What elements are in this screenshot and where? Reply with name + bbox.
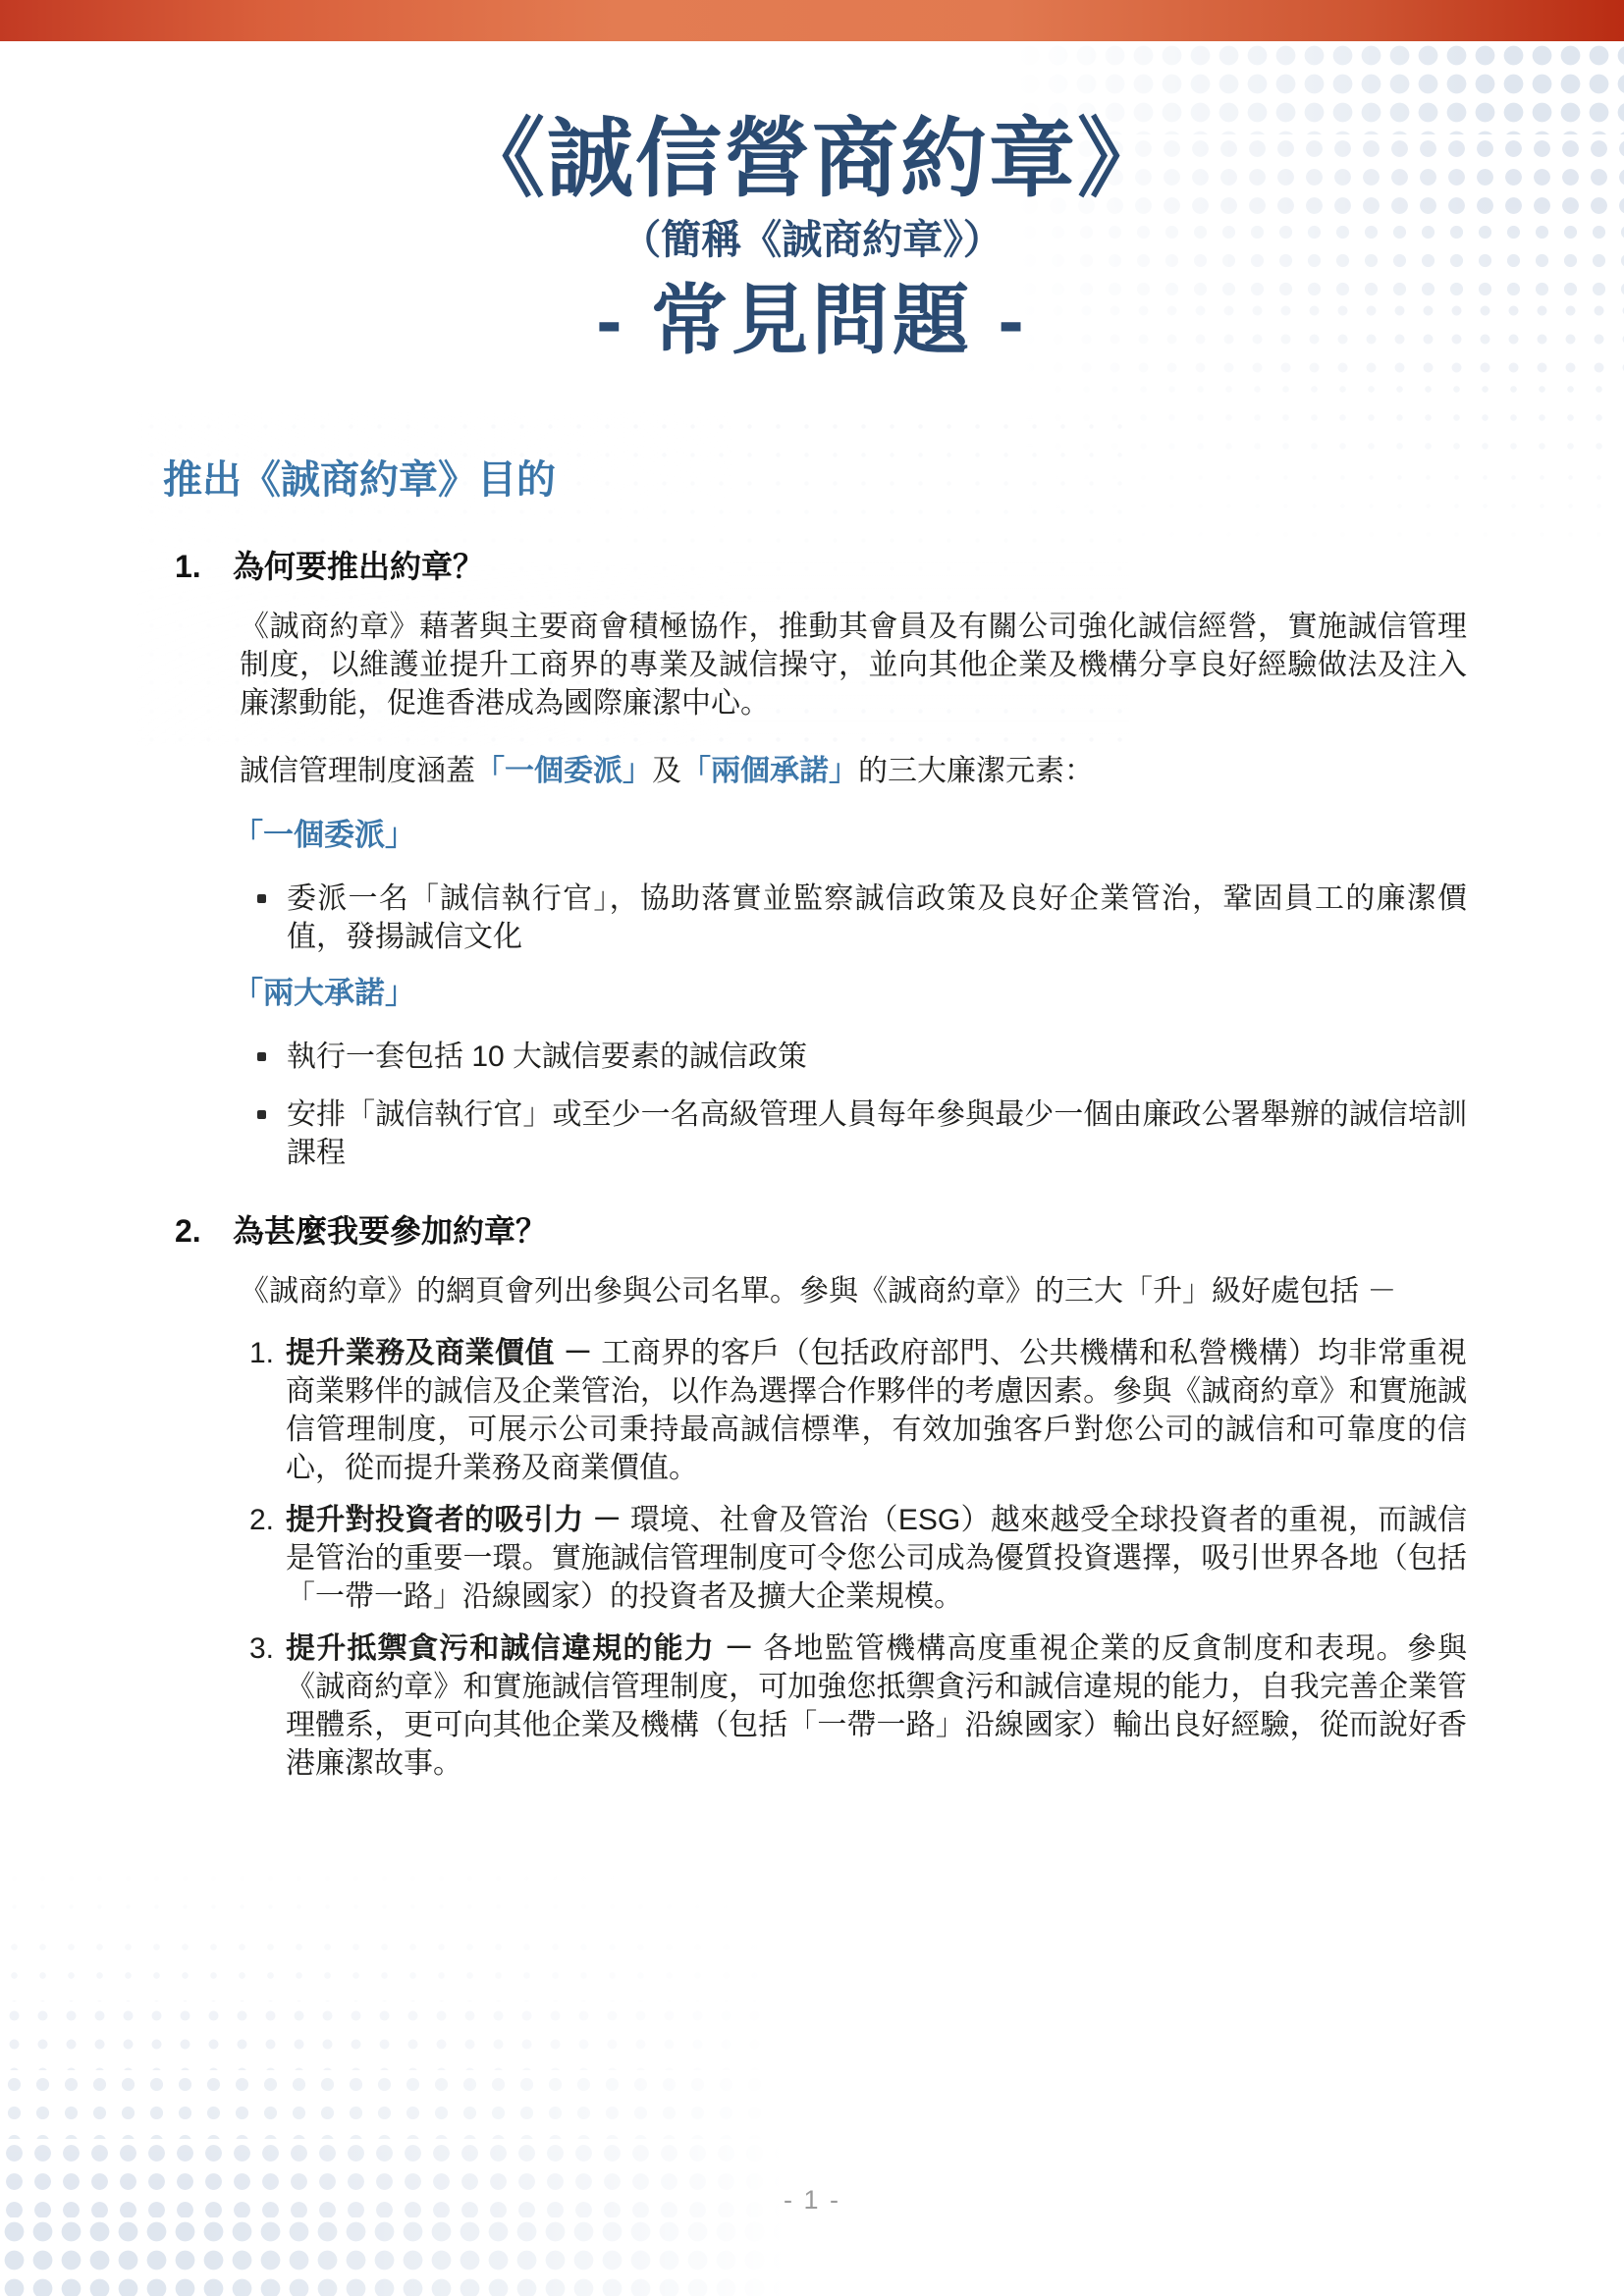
question-2-text: 為甚麼我要參加約章？ <box>233 1211 1467 1251</box>
question-1-number: 1. <box>175 547 233 586</box>
document-header: 《誠信營商約章》 （簡稱《誠商約章》） - 常見問題 - <box>0 0 1624 358</box>
halftone-fade-overlay <box>0 1864 785 2296</box>
header-gradient-bar <box>0 0 1624 41</box>
benefit-2-number: 2. <box>249 1501 286 1616</box>
benefit-3-lead: 提升抵禦貪污和誠信違規的能力 － <box>286 1632 763 1665</box>
commitments-bullet-1-text: 執行一套包括 10 大誠信要素的誠信政策 <box>287 1038 1467 1076</box>
elements-intro-highlight-commitments: 「兩個承諾」 <box>681 755 858 787</box>
bullet-dot-icon <box>257 1110 266 1119</box>
benefit-3-number: 3. <box>249 1629 286 1783</box>
question-2-answer-intro: 《誠商約章》的網頁會列出參與公司名單。參與《誠商約章》的三大「升」級好處包括 － <box>240 1272 1467 1310</box>
page-number: - 1 - <box>784 2185 840 2215</box>
benefit-1-number: 1. <box>249 1334 286 1487</box>
halftone-pattern-bottom-left <box>0 1864 785 2296</box>
document-title: 《誠信營商約章》 <box>0 116 1624 202</box>
benefit-2-lead: 提升對投資者的吸引力 － <box>286 1504 630 1536</box>
commitments-bullet-2: 安排「誠信執行官」或至少一名高級管理人員每年參與最少一個由廉政公署舉辦的誠信培訓… <box>257 1095 1467 1172</box>
section-heading: 推出《誠商約章》目的 <box>163 456 1467 504</box>
bullet-dot-icon <box>257 1052 266 1061</box>
question-1-text: 為何要推出約章？ <box>233 547 1467 586</box>
elements-intro-highlight-appointment: 「一個委派」 <box>475 755 652 787</box>
benefit-item-1: 1. 提升業務及商業價值 － 工商界的客戶（包括政府部門、公共機構和私營機構）均… <box>249 1334 1467 1487</box>
benefit-item-3: 3. 提升抵禦貪污和誠信違規的能力 － 各地監管機構高度重視企業的反貪制度和表現… <box>249 1629 1467 1783</box>
question-block-1: 1. 為何要推出約章？ 《誠商約章》藉著與主要商會積極協作，推動其會員及有關公司… <box>175 547 1467 1172</box>
commitments-bullet-2-text: 安排「誠信執行官」或至少一名高級管理人員每年參與最少一個由廉政公署舉辦的誠信培訓… <box>287 1095 1467 1172</box>
elements-intro-mid: 及 <box>652 755 681 787</box>
document-body: 推出《誠商約章》目的 1. 為何要推出約章？ 《誠商約章》藉著與主要商會積極協作… <box>0 456 1624 1783</box>
appointment-bullet-1-text: 委派一名「誠信執行官」，協助落實並監察誠信政策及良好企業管治，鞏固員工的廉潔價值… <box>287 880 1467 956</box>
document-page: 《誠信營商約章》 （簡稱《誠商約章》） - 常見問題 - 推出《誠商約章》目的 … <box>0 0 1624 2296</box>
question-2: 2. 為甚麼我要參加約章？ <box>175 1211 1467 1251</box>
commitments-bullet-1: 執行一套包括 10 大誠信要素的誠信政策 <box>257 1038 1467 1076</box>
benefit-3-text: 提升抵禦貪污和誠信違規的能力 － 各地監管機構高度重視企業的反貪制度和表現。參與… <box>286 1629 1467 1783</box>
bullet-dot-icon <box>257 894 266 903</box>
elements-intro-post: 的三大廉潔元素： <box>858 755 1094 787</box>
page-footer: - 1 - <box>0 2185 1624 2216</box>
benefit-2-text: 提升對投資者的吸引力 － 環境、社會及管治（ESG）越來越受全球投資者的重視，而… <box>286 1501 1467 1616</box>
appointment-bullet-1: 委派一名「誠信執行官」，協助落實並監察誠信政策及良好企業管治，鞏固員工的廉潔價值… <box>257 880 1467 956</box>
commitments-subheading: 「兩大承諾」 <box>233 974 1467 1012</box>
appointment-subheading: 「一個委派」 <box>233 816 1467 854</box>
faq-heading: - 常見問題 - <box>0 282 1624 358</box>
document-subtitle: （簡稱《誠商約章》） <box>0 216 1624 264</box>
integrity-elements-intro: 誠信管理制度涵蓋「一個委派」及「兩個承諾」的三大廉潔元素： <box>240 752 1467 790</box>
benefit-item-2: 2. 提升對投資者的吸引力 － 環境、社會及管治（ESG）越來越受全球投資者的重… <box>249 1501 1467 1616</box>
question-2-number: 2. <box>175 1211 233 1251</box>
benefit-1-text: 提升業務及商業價值 － 工商界的客戶（包括政府部門、公共機構和私營機構）均非常重… <box>286 1334 1467 1487</box>
question-block-2: 2. 為甚麼我要參加約章？ 《誠商約章》的網頁會列出參與公司名單。參與《誠商約章… <box>175 1211 1467 1783</box>
question-1-answer-paragraph: 《誠商約章》藉著與主要商會積極協作，推動其會員及有關公司強化誠信經營，實施誠信管… <box>240 608 1467 722</box>
question-1: 1. 為何要推出約章？ <box>175 547 1467 586</box>
elements-intro-pre: 誠信管理制度涵蓋 <box>240 755 475 787</box>
benefit-1-lead: 提升業務及商業價值 － <box>286 1337 601 1369</box>
benefits-list: 1. 提升業務及商業價值 － 工商界的客戶（包括政府部門、公共機構和私營機構）均… <box>249 1334 1467 1783</box>
